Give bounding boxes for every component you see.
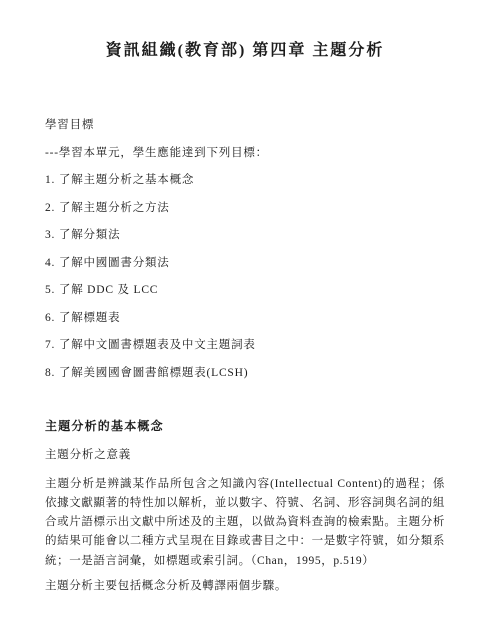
objective-item: 3. 了解分類法 <box>45 228 445 242</box>
objective-item: 8. 了解美國國會圖書館標題表(LCSH) <box>45 366 445 380</box>
objective-item: 2. 了解主題分析之方法 <box>45 201 445 215</box>
objective-item: 6. 了解標題表 <box>45 311 445 325</box>
subject-analysis-steps-paragraph: 主題分析主要包括概念分析及轉譯兩個步驟。 <box>45 577 445 596</box>
subject-analysis-meaning-subheading: 主題分析之意義 <box>45 448 445 462</box>
objective-item: 4. 了解中國圖書分類法 <box>45 256 445 270</box>
document-page: 資訊組織(教育部) 第四章 主題分析 學習目標 ---學習本單元，學生應能達到下… <box>0 0 495 640</box>
learning-objectives-heading: 學習目標 <box>45 118 445 132</box>
document-title: 資訊組織(教育部) 第四章 主題分析 <box>45 40 445 61</box>
objective-item: 7. 了解中文圖書標題表及中文主題詞表 <box>45 338 445 352</box>
objective-item: 5. 了解 DDC 及 LCC <box>45 283 445 297</box>
objective-item: 1. 了解主題分析之基本概念 <box>45 173 445 187</box>
basic-concepts-heading: 主題分析的基本概念 <box>45 419 445 434</box>
learning-objectives-list: 1. 了解主題分析之基本概念 2. 了解主題分析之方法 3. 了解分類法 4. … <box>45 173 445 380</box>
learning-objectives-intro: ---學習本單元，學生應能達到下列目標： <box>45 146 445 160</box>
subject-analysis-definition-paragraph: 主題分析是辨識某作品所包含之知識內容(Intellectual Content)… <box>45 475 445 571</box>
